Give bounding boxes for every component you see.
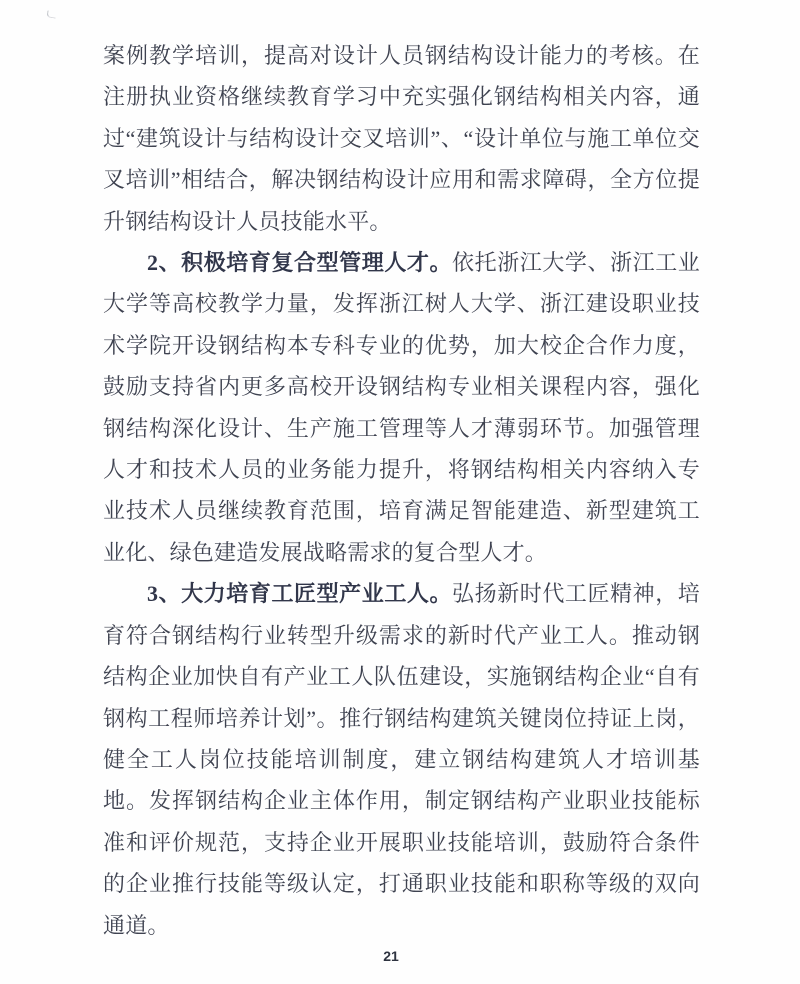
paragraph: 3、大力培育工匠型产业工人。弘扬新时代工匠精神，培育符合钢结构行业转型升级需求的…	[103, 573, 700, 946]
scan-artifact	[47, 10, 57, 18]
page-number: 21	[0, 948, 782, 964]
paragraph-text: 弘扬新时代工匠精神，培育符合钢结构行业转型升级需求的新时代产业工人。推动钢结构企…	[103, 581, 700, 937]
paragraph-heading: 2、积极培育复合型管理人才。	[147, 250, 452, 275]
paragraph-text: 依托浙江大学、浙江工业大学等高校教学力量，发挥浙江树人大学、浙江建设职业技术学院…	[103, 250, 700, 565]
paragraph: 2、积极培育复合型管理人才。依托浙江大学、浙江工业大学等高校教学力量，发挥浙江树…	[103, 242, 700, 573]
document-page: 案例教学培训，提高对设计人员钢结构设计能力的考核。在注册执业资格继续教育学习中充…	[0, 0, 800, 984]
paragraph-heading: 3、大力培育工匠型产业工人。	[147, 581, 452, 606]
paragraph: 案例教学培训，提高对设计人员钢结构设计能力的考核。在注册执业资格继续教育学习中充…	[103, 35, 700, 242]
paragraph-text: 案例教学培训，提高对设计人员钢结构设计能力的考核。在注册执业资格继续教育学习中充…	[103, 43, 700, 234]
document-body: 案例教学培训，提高对设计人员钢结构设计能力的考核。在注册执业资格继续教育学习中充…	[103, 35, 700, 946]
